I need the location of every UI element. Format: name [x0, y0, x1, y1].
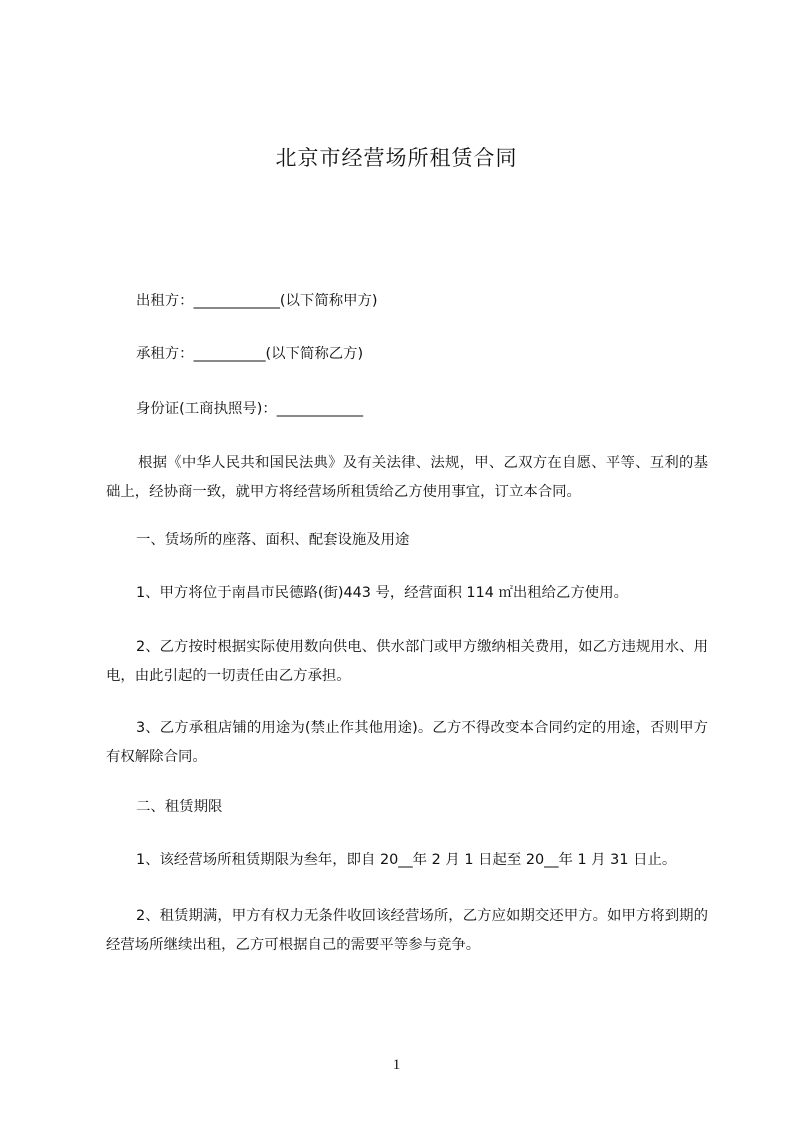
- document-page: 北京市经营场所租赁合同 出租方：____________(以下简称甲方) 承租方…: [0, 0, 793, 1122]
- id-number-blank: ____________: [277, 401, 363, 417]
- section-2-heading: 二、租赁期限: [136, 793, 738, 822]
- section-2-clause-1: 1、该经营场所租赁期限为叁年，即自 20__年 2 月 1 日起至 20__年 …: [136, 846, 738, 875]
- lessor-blank: ____________: [194, 293, 280, 309]
- id-number-field: 身份证(工商执照号)：____________: [136, 395, 738, 424]
- section-2-clause-2: 2、租赁期满，甲方有权力无条件收回该经营场所，乙方应如期交还甲方。如甲方将到期的…: [106, 902, 708, 960]
- document-title: 北京市经营场所租赁合同: [0, 142, 793, 172]
- lessor-label: 出租方：: [136, 293, 194, 309]
- lessor-suffix: (以下简称甲方): [280, 293, 378, 309]
- lessee-blank: __________: [194, 346, 266, 362]
- id-number-label: 身份证(工商执照号)：: [136, 401, 277, 417]
- section-1-clause-3: 3、乙方承租店铺的用途为(禁止作其他用途)。乙方不得改变本合同约定的用途，否则甲…: [106, 714, 708, 772]
- lessee-label: 承租方：: [136, 346, 194, 362]
- section-1-clause-1: 1、甲方将位于南昌市民德路(街)443 号，经营面积 114 ㎡出租给乙方使用。: [136, 579, 738, 608]
- lessee-field: 承租方：__________(以下简称乙方): [136, 340, 738, 369]
- lessee-suffix: (以下简称乙方): [266, 346, 364, 362]
- page-number: 1: [0, 1057, 793, 1074]
- section-1-heading: 一、赁场所的座落、面积、配套设施及用途: [136, 526, 738, 555]
- lessor-field: 出租方：____________(以下简称甲方): [136, 287, 738, 316]
- intro-paragraph: 根据《中华人民共和国民法典》及有关法律、法规，甲、乙双方在自愿、平等、互利的基础…: [106, 449, 708, 507]
- section-1-clause-2: 2、乙方按时根据实际使用数向供电、供水部门或甲方缴纳相关费用，如乙方违规用水、用…: [106, 633, 708, 691]
